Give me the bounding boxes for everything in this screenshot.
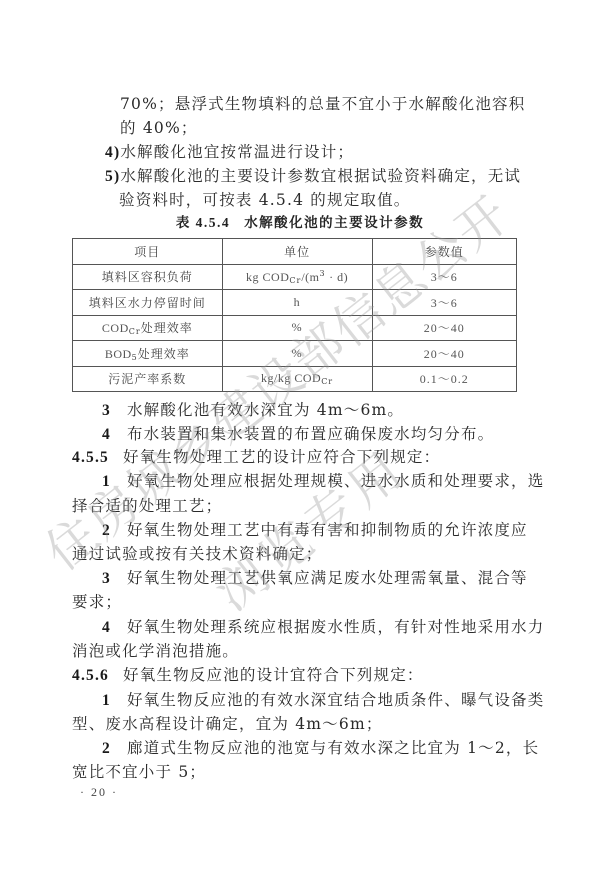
unit-text: · d): [326, 270, 349, 284]
table-header-cell: 项目: [73, 239, 223, 265]
paragraph-line: 的 40%；: [120, 116, 198, 140]
clause-number: 2: [102, 740, 111, 757]
table-cell-item: 填料区容积负荷: [73, 264, 223, 290]
table-cell-unit: h: [222, 290, 372, 316]
clause-4: 4好氧生物处理系统应根据废水性质，有针对性地采用水力: [102, 615, 544, 639]
item-subscript: Cr: [129, 327, 141, 336]
table-cell-item: 污泥产率系数: [73, 366, 223, 392]
clause-number: 4: [102, 426, 111, 443]
clause-2: 2好氧生物处理工艺中有毒有害和抑制物质的允许浓度应: [102, 518, 528, 542]
paragraph-line: 消泡或化学消泡措施。: [72, 639, 239, 663]
clause-text: 好氧生物处理应根据处理规模、进水水质和处理要求，选: [127, 472, 545, 490]
parameters-table: 项目 单位 参数值 填料区容积负荷 kg CODCr/(m3 · d) 3～6 …: [72, 238, 517, 392]
clause-text: 好氧生物处理工艺中有毒有害和抑制物质的允许浓度应: [127, 521, 528, 539]
clause-2: 2廊道式生物反应池的池宽与有效水深之比宜为 1～2，长: [102, 736, 539, 760]
table-cell-unit: %: [222, 315, 372, 341]
paragraph-line: 宽比不宜小于 5；: [72, 760, 206, 784]
clause-number: 4: [102, 619, 111, 636]
table-caption-number: 表 4.5.4: [176, 215, 230, 230]
item-text: 处理效率: [138, 347, 190, 361]
unit-subscript: Cr: [321, 377, 333, 386]
paragraph-line: 通过试验或按有关技术资料确定；: [72, 542, 323, 566]
table-header-cell: 单位: [222, 239, 372, 265]
section-4-5-6: 4.5.6好氧生物反应池的设计宜符合下列规定：: [72, 663, 424, 687]
table-row: 填料区水力停留时间 h 3～6: [73, 290, 517, 316]
list-item-number: 4): [105, 144, 120, 161]
section-4-5-5: 4.5.5好氧生物处理工艺的设计应符合下列规定：: [72, 445, 440, 469]
clause-text: 布水装置和集水装置的布置应确保废水均匀分布。: [127, 425, 494, 443]
section-number: 4.5.6: [72, 667, 109, 684]
section-text: 好氧生物处理工艺的设计应符合下列规定：: [123, 448, 440, 466]
clause-number: 3: [102, 570, 111, 587]
paragraph-line: 型、废水高程设计确定，宜为 4m～6m；: [72, 712, 383, 736]
clause-3: 3好氧生物处理工艺供氧应满足废水处理需氧量、混合等: [102, 566, 528, 590]
unit-text: kg/kg COD: [261, 371, 321, 385]
item-text: BOD: [105, 347, 132, 361]
table-cell-value: 20～40: [372, 341, 516, 367]
list-item-number: 5): [105, 168, 120, 185]
table-cell-item: CODCr处理效率: [73, 315, 223, 341]
table-caption-title: 水解酸化池的主要设计参数: [244, 215, 424, 231]
paragraph-line: 要求；: [72, 590, 122, 614]
paragraph-line: 择合适的处理工艺；: [72, 494, 222, 518]
table-row: 污泥产率系数 kg/kg CODCr 0.1～0.2: [73, 366, 517, 392]
table-row: 填料区容积负荷 kg CODCr/(m3 · d) 3～6: [73, 264, 517, 290]
paragraph-line: 70%；悬浮式生物填料的总量不宜小于水解酸化池容积: [120, 92, 525, 116]
table-row: CODCr处理效率 % 20～40: [73, 315, 517, 341]
list-item-text: 水解酸化池的主要设计参数宜根据试验资料确定，无试: [120, 167, 521, 185]
table-cell-value: 3～6: [372, 264, 516, 290]
clause-text: 好氧生物处理工艺供氧应满足废水处理需氧量、混合等: [127, 569, 528, 587]
section-text: 好氧生物反应池的设计宜符合下列规定：: [123, 666, 424, 684]
clause-1: 1好氧生物处理应根据处理规模、进水水质和处理要求，选: [102, 469, 544, 493]
list-item-5: 5)水解酸化池的主要设计参数宜根据试验资料确定，无试: [105, 164, 521, 188]
table-row: BOD5处理效率 % 20～40: [73, 341, 517, 367]
table-cell-unit: %: [222, 341, 372, 367]
item-text: COD: [102, 321, 129, 335]
clause-text: 水解酸化池有效水深宜为 4m～6m。: [127, 401, 404, 419]
table-cell-unit: kg CODCr/(m3 · d): [222, 264, 372, 290]
clause-number: 1: [102, 473, 111, 490]
table-cell-item: BOD5处理效率: [73, 341, 223, 367]
clause-number: 3: [102, 402, 111, 419]
document-page: 70%；悬浮式生物填料的总量不宜小于水解酸化池容积 的 40%； 4)水解酸化池…: [0, 0, 600, 870]
list-item-text: 水解酸化池宜按常温进行设计；: [120, 143, 354, 161]
table-cell-item: 填料区水力停留时间: [73, 290, 223, 316]
table-header-row: 项目 单位 参数值: [73, 239, 517, 265]
page-number: · 20 ·: [80, 785, 118, 800]
table-cell-unit: kg/kg CODCr: [222, 366, 372, 392]
clause-text: 好氧生物处理系统应根据废水性质，有针对性地采用水力: [127, 618, 545, 636]
table-cell-value: 20～40: [372, 315, 516, 341]
table-cell-value: 3～6: [372, 290, 516, 316]
clause-text: 好氧生物反应池的有效水深宜结合地质条件、曝气设备类: [127, 691, 545, 709]
clause-1: 1好氧生物反应池的有效水深宜结合地质条件、曝气设备类: [102, 688, 544, 712]
list-item-4: 4)水解酸化池宜按常温进行设计；: [105, 140, 354, 164]
item-text: 处理效率: [141, 321, 193, 335]
paragraph-line: 验资料时，可按表 4.5.4 的规定取值。: [119, 188, 411, 212]
unit-subscript: Cr: [289, 276, 301, 285]
clause-number: 1: [102, 692, 111, 709]
section-number: 4.5.5: [72, 449, 109, 466]
table-cell-value: 0.1～0.2: [372, 366, 516, 392]
unit-text: kg COD: [246, 270, 289, 284]
table-caption: 表 4.5.4水解酸化池的主要设计参数: [0, 211, 600, 231]
unit-text: /(m: [301, 270, 319, 284]
clause-3: 3水解酸化池有效水深宜为 4m～6m。: [102, 398, 404, 422]
clause-text: 廊道式生物反应池的池宽与有效水深之比宜为 1～2，长: [127, 739, 539, 757]
clause-number: 2: [102, 522, 111, 539]
table-header-cell: 参数值: [372, 239, 516, 265]
clause-4: 4布水装置和集水装置的布置应确保废水均匀分布。: [102, 422, 494, 446]
